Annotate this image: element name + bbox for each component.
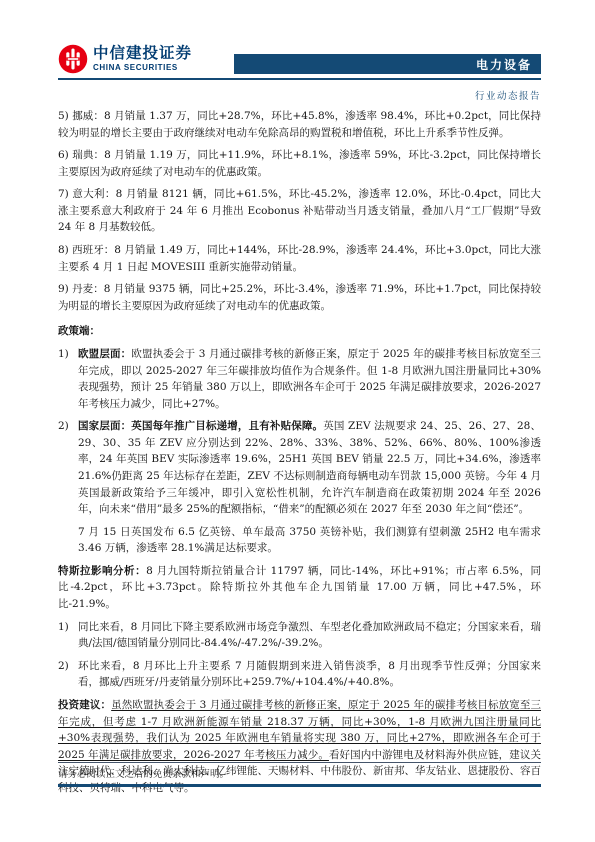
citic-logo-icon [58,44,88,74]
body-text: 5) 挪威：8 月销量 1.37 万，同比+28.7%，环比+45.8%，渗透率… [58,110,541,139]
sector-banner: 电力设备 [234,54,541,74]
list-number: 1) [58,346,78,412]
body-text: 同比来看，8 月同比下降主要系欧洲市场竞争激烈、车型老化叠加欧洲政局不稳定；分国… [78,621,541,650]
numbered-list-item: 2)环比来看，8 月环比上升主要系 7 月随假期到来进入销售淡季，8 月出现季节… [58,658,541,691]
list-number: 2) [58,658,78,691]
body-text: 7) 意大利：8 月销量 8121 辆，同比+61.5%，环比-45.2%，渗透… [58,188,541,233]
paragraph: 特斯拉影响分析：8 月九国特斯拉销量合计 11797 辆，同比-14%，环比+9… [58,563,541,613]
numbered-list-item: 1)同比来看，8 月同比下降主要系欧洲市场竞争激烈、车型老化叠加欧洲政局不稳定；… [58,619,541,652]
paragraph: 6) 瑞典：8 月销量 1.19 万，同比+11.9%，环比+8.1%，渗透率 … [58,147,541,180]
footer-thick-rule [58,784,541,787]
paragraph: 5) 挪威：8 月销量 1.37 万，同比+28.7%，环比+45.8%，渗透率… [58,108,541,141]
emphasis-text: 国家层面：英国每年推广目标递增，且有补贴保障。 [78,420,323,432]
body-text: 英国 ZEV 法规要求 24、25、26、27、28、29、30、35 年 ZE… [78,420,541,515]
list-text: 同比来看，8 月同比下降主要系欧洲市场竞争激烈、车型老化叠加欧洲政局不稳定；分国… [78,619,541,652]
page-header: 中信建投证券 CHINA SECURITIES 电力设备 行业动态报告 [58,44,541,102]
brand-name-cn: 中信建投证券 [93,46,192,62]
report-page: 中信建投证券 CHINA SECURITIES 电力设备 行业动态报告 5) 挪… [0,0,595,842]
body-text: 7 月 15 日英国发布 6.5 亿英镑、单车最高 3750 英镑补贴，我们测算… [78,526,541,555]
report-type-label: 行业动态报告 [58,88,541,102]
body-text: 欧盟执委会于 3 月通过碳排考核的新修正案，原定于 2025 年的碳排考核目标放… [78,348,541,410]
page-footer: 请务必阅读正文之后的免责条款和声明。 [58,762,541,787]
footer-disclaimer: 请务必阅读正文之后的免责条款和声明。 [58,763,541,784]
list-text: 国家层面：英国每年推广目标递增，且有补贴保障。英国 ZEV 法规要求 24、25… [78,418,541,517]
emphasis-text: 政策端： [58,325,100,337]
paragraph: 9) 丹麦：8 月销量 9375 辆，同比+25.2%，环比-3.4%，渗透率 … [58,281,541,314]
section-heading: 政策端： [58,323,541,340]
body-text: 9) 丹麦：8 月销量 9375 辆，同比+25.2%，环比-3.4%，渗透率 … [58,283,541,312]
list-text: 环比来看，8 月环比上升主要系 7 月随假期到来进入销售淡季，8 月出现季节性反… [78,658,541,691]
emphasis-text: 特斯拉影响分析： [58,565,146,577]
list-text: 欧盟层面：欧盟执委会于 3 月通过碳排考核的新修正案，原定于 2025 年的碳排… [78,346,541,412]
header-row: 中信建投证券 CHINA SECURITIES 电力设备 [58,44,541,74]
paragraph: 7) 意大利：8 月销量 8121 辆，同比+61.5%，环比-45.2%，渗透… [58,186,541,236]
sector-tag: 电力设备 [476,56,532,73]
emphasis-text: 投资建议： [58,699,111,711]
list-number: 2) [58,418,78,517]
brand-name: 中信建投证券 CHINA SECURITIES [93,46,192,73]
body-text: 8) 西班牙：8 月销量 1.49 万，同比+144%，环比-28.9%，渗透率… [58,244,541,273]
header-rule [58,78,541,80]
brand-logo-block: 中信建投证券 CHINA SECURITIES [58,44,234,74]
body-text: 6) 瑞典：8 月销量 1.19 万，同比+11.9%，环比+8.1%，渗透率 … [58,149,541,178]
report-body: 5) 挪威：8 月销量 1.37 万，同比+28.7%，环比+45.8%，渗透率… [58,108,541,802]
paragraph: 7 月 15 日英国发布 6.5 亿英镑、单车最高 3750 英镑补贴，我们测算… [78,524,541,557]
numbered-list-item: 1)欧盟层面：欧盟执委会于 3 月通过碳排考核的新修正案，原定于 2025 年的… [58,346,541,412]
brand-name-en: CHINA SECURITIES [93,64,192,72]
emphasis-text: 欧盟层面： [78,348,131,360]
body-text: 环比来看，8 月环比上升主要系 7 月随假期到来进入销售淡季，8 月出现季节性反… [78,660,541,689]
list-number: 1) [58,619,78,652]
numbered-list-item: 2)国家层面：英国每年推广目标递增，且有补贴保障。英国 ZEV 法规要求 24、… [58,418,541,517]
paragraph: 8) 西班牙：8 月销量 1.49 万，同比+144%，环比-28.9%，渗透率… [58,242,541,275]
